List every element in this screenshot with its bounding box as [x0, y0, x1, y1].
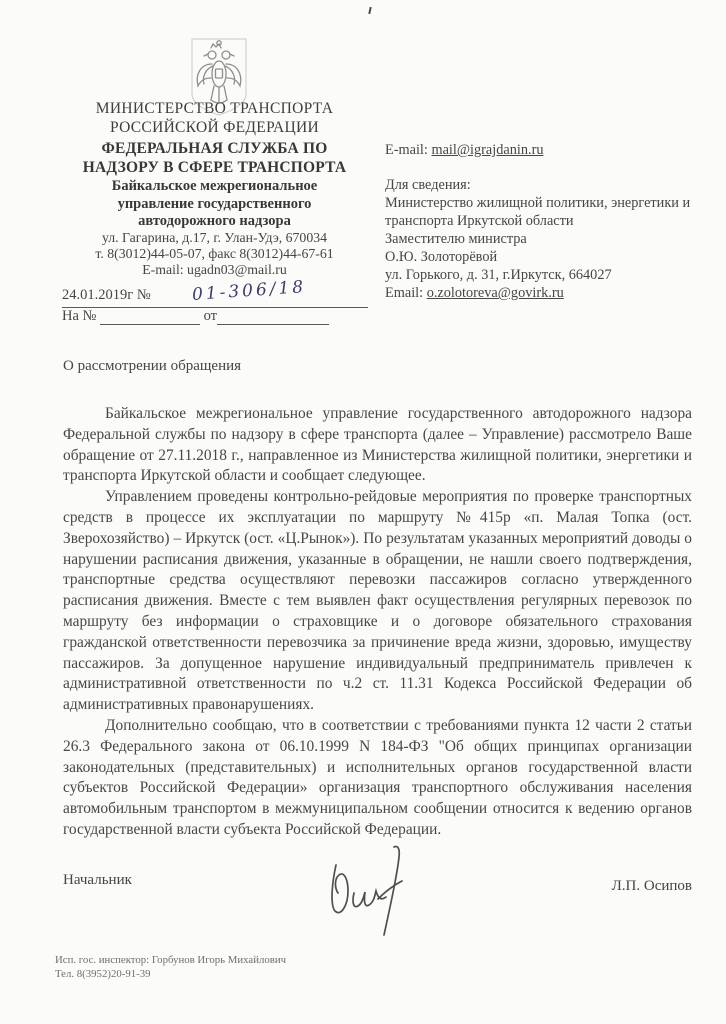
- reply-number-blank: [100, 309, 200, 325]
- reply-from-label: от: [204, 308, 217, 324]
- fyi-label: Для сведения:: [385, 176, 705, 194]
- recipient-org-line2: транспорта Иркутской области: [385, 212, 705, 230]
- sender-address: ул. Гагарина, д.17, г. Улан-Удэ, 670034: [62, 230, 367, 246]
- sender-phones: т. 8(3012)44-05-07, факс 8(3012)44-67-61: [62, 246, 367, 262]
- ministry-line2: РОССИЙСКОЙ ФЕДЕРАЦИИ: [62, 118, 367, 137]
- signature-stroke-icon: [318, 843, 430, 948]
- division-line2: управление государственного: [62, 196, 367, 214]
- division-name: Байкальское межрегиональное управление г…: [62, 178, 367, 231]
- recipient-name: О.Ю. Золоторёвой: [385, 248, 705, 266]
- reply-number-label: На №: [62, 308, 96, 324]
- recipient-email-line: Email: o.zolotoreva@govirk.ru: [385, 284, 705, 302]
- subject-line: О рассмотрении обращения: [63, 358, 241, 375]
- applicant-email-line: E-mail: mail@igrajdanin.ru: [385, 141, 705, 159]
- handwritten-outgoing-number: 01-306/18: [191, 277, 306, 305]
- executor-name-line: Исп. гос. инспектор: Горбунов Игорь Миха…: [55, 954, 286, 968]
- service-line2: НАДЗОРУ В СФЕРЕ ТРАНСПОРТА: [62, 158, 367, 177]
- recipient-org-line1: Министерство жилищной политики, энергети…: [385, 194, 705, 212]
- federal-service-name: ФЕДЕРАЛЬНАЯ СЛУЖБА ПО НАДЗОРУ В СФЕРЕ ТР…: [62, 139, 367, 177]
- scanned-letter-page: МИНИСТЕРСТВО ТРАНСПОРТА РОССИЙСКОЙ ФЕДЕР…: [0, 0, 726, 1024]
- signer-position: Начальник: [63, 872, 132, 889]
- outgoing-date-number-line: 24.01.2019г № 01-306/18: [62, 287, 368, 308]
- service-line1: ФЕДЕРАЛЬНАЯ СЛУЖБА ПО: [62, 139, 367, 158]
- outgoing-date-label: 24.01.2019г №: [62, 287, 151, 303]
- reply-date-blank: [217, 309, 329, 325]
- sender-email: E-mail: ugadn03@mail.ru: [62, 262, 367, 278]
- incoming-reference-line: На № от: [62, 308, 368, 325]
- recipient-address: ул. Горького, д. 31, г.Иркутск, 664027: [385, 266, 705, 284]
- scan-artifact-mark: [368, 7, 371, 14]
- handwritten-signature: [318, 843, 430, 948]
- body-paragraph-2: Управлением проведены контрольно-рейдовы…: [63, 487, 692, 716]
- applicant-email-label: E-mail:: [385, 142, 431, 158]
- executor-phone-line: Тел. 8(3952)20-91-39: [55, 968, 286, 982]
- body-paragraph-3: Дополнительно сообщаю, что в соответстви…: [63, 716, 692, 841]
- recipient-position: Заместителю министра: [385, 230, 705, 248]
- recipient-email-label: Email:: [385, 285, 427, 301]
- ministry-line1: МИНИСТЕРСТВО ТРАНСПОРТА: [62, 99, 367, 118]
- recipient-email: o.zolotoreva@govirk.ru: [427, 285, 564, 301]
- division-line1: Байкальское межрегиональное: [62, 178, 367, 196]
- ministry-name: МИНИСТЕРСТВО ТРАНСПОРТА РОССИЙСКОЙ ФЕДЕР…: [62, 99, 367, 137]
- applicant-email: mail@igrajdanin.ru: [431, 142, 543, 158]
- division-line3: автодорожного надзора: [62, 213, 367, 231]
- body-paragraph-1: Байкальское межрегиональное управление г…: [63, 404, 692, 487]
- executor-block: Исп. гос. инспектор: Горбунов Игорь Миха…: [55, 954, 286, 981]
- signer-name: Л.П. Осипов: [492, 878, 692, 895]
- letter-body: Байкальское межрегиональное управление г…: [63, 404, 692, 841]
